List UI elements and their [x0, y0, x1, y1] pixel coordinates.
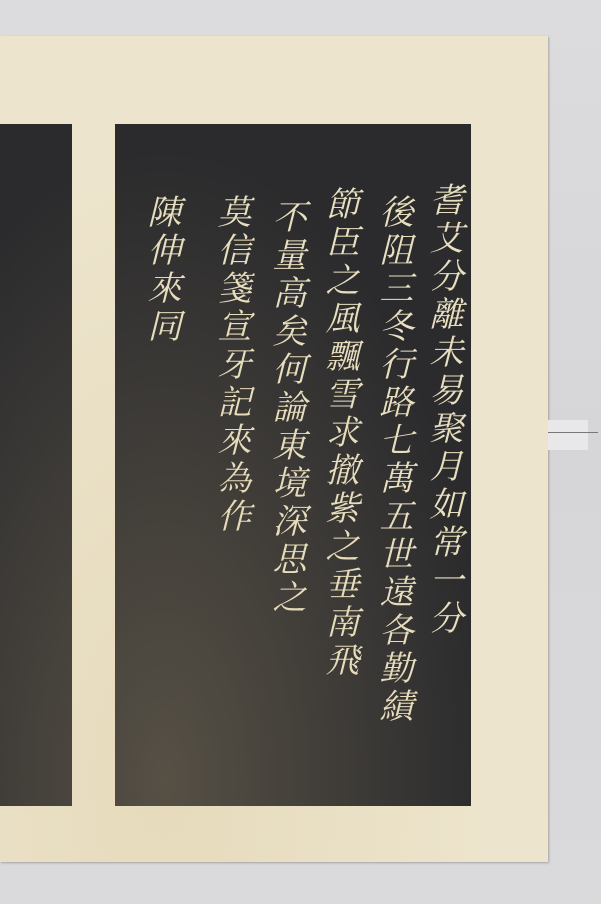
calligraphy-column-1: 耆艾分離未易聚月如常一分 — [423, 182, 463, 638]
calligraphy-column-4: 不量高矣何論東境深思之 — [266, 199, 306, 617]
rubbing-panel-right: 耆艾分離未易聚月如常一分 後阻三冬行路七萬五世遠各勤績 節臣之風飄雪求撤紫之垂南… — [115, 124, 471, 806]
calligraphy-column-2: 後阻三冬行路七萬五世遠各勤績 — [373, 194, 413, 726]
calligraphy-column-6: 陳伸來同 — [141, 194, 181, 346]
calligraphy-column-5: 莫信箋宣牙記來為作 — [211, 194, 251, 536]
rubbing-panel-left — [0, 124, 72, 806]
calligraphy-column-3: 節臣之風飄雪求撤紫之垂南飛 — [319, 186, 359, 680]
page-marker-tab — [548, 420, 588, 450]
book-page: 耆艾分離未易聚月如常一分 後阻三冬行路七萬五世遠各勤績 節臣之風飄雪求撤紫之垂南… — [0, 36, 548, 862]
